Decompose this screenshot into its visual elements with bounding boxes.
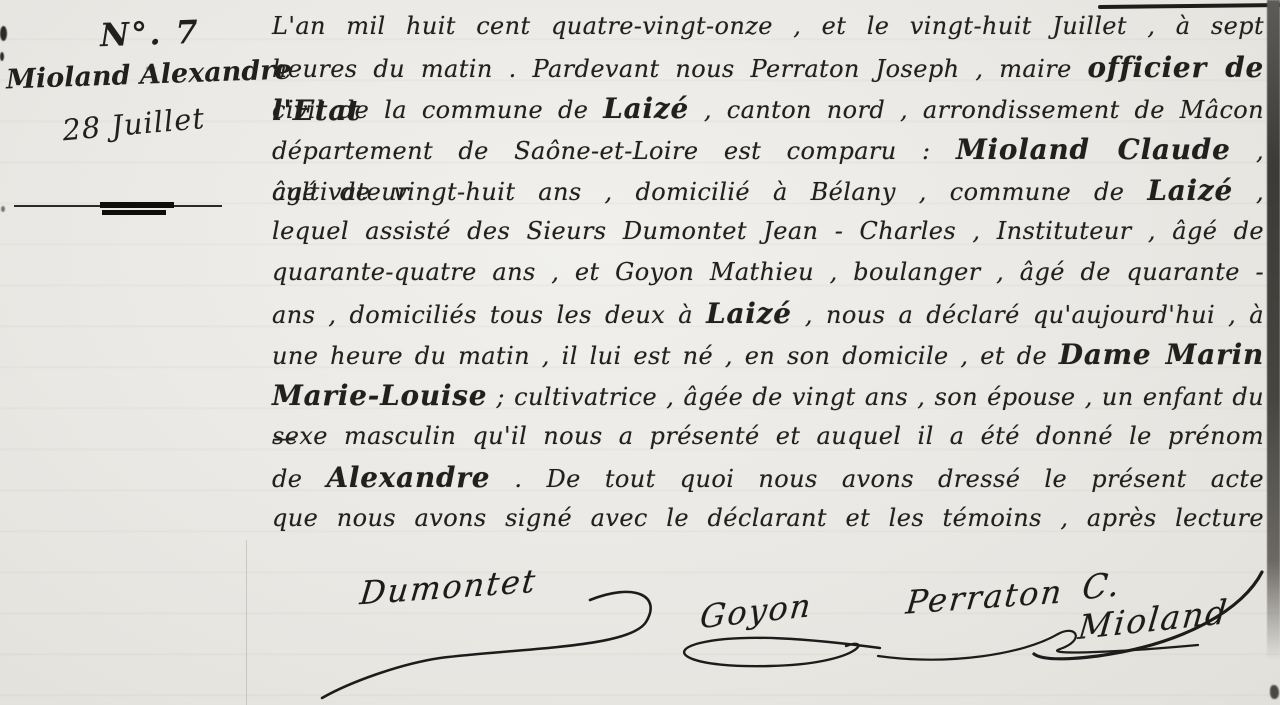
acte-line: une heure du matin , il lui est né , en … — [272, 334, 1264, 375]
acte-text: ans , domiciliés tous les deux à — [272, 301, 706, 329]
acte-line: département de Saône-et-Loire est compar… — [272, 129, 1264, 170]
margin-date: 28 Juillet — [61, 99, 233, 148]
signature-dumontet: Dumontet — [358, 562, 539, 613]
acte-text: L'an mil huit cent quatre-vingt-onze , e… — [272, 12, 1264, 40]
acte-emphasis-text: Mioland Claude — [956, 133, 1231, 166]
acte-emphasis-text: Marie-Louise — [272, 379, 487, 412]
acte-text: , canton nord , arrondissement de Mâcon — [689, 96, 1264, 124]
acte-line: heures du matin . Pardevant nous Perrato… — [272, 47, 1264, 88]
rule-thick-bar — [102, 210, 166, 215]
margin-child-name: Mioland Alexandre — [6, 56, 263, 96]
acte-text: , — [1233, 178, 1264, 206]
acte-emphasis-text: Alexandre — [326, 461, 490, 494]
acte-line: sexe masculin qu'il nous a présenté et a… — [272, 416, 1264, 457]
margin-act-number: N°. 7 — [99, 12, 230, 55]
signature-mioland: C. Mioland — [1076, 547, 1280, 647]
acte-line: quarante-quatre ans , et Goyon Mathieu ,… — [272, 252, 1264, 293]
acte-text: heures du matin . Pardevant nous Perrato… — [272, 55, 1088, 83]
acte-emphasis-text: Laizé — [706, 297, 792, 330]
acte-emphasis-text: Laizé — [1147, 174, 1233, 207]
acte-text: de — [272, 465, 326, 493]
acte-line: que nous avons signé avec le déclarant e… — [272, 498, 1264, 539]
acte-text: civil de la commune de — [272, 96, 603, 124]
paper-speck — [1, 206, 5, 212]
signature-goyon: Goyon — [698, 586, 814, 636]
signature-perraton: Perraton — [904, 572, 1065, 621]
acte-line: lequel assisté des Sieurs Dumontet Jean … — [272, 211, 1264, 252]
paper-speck — [0, 52, 4, 61]
acte-text: quarante-quatre ans , et Goyon Mathieu ,… — [272, 258, 1264, 286]
acte-text: âgé de vingt-huit ans , domicilié à Béla… — [272, 178, 1147, 206]
paper-crease — [246, 540, 247, 705]
acte-text: . De tout quoi nous avons dressé le prés… — [490, 465, 1264, 493]
acte-line: de Alexandre . De tout quoi nous avons d… — [272, 457, 1264, 498]
register-page: N°. 7 Mioland Alexandre 28 Juillet L'an … — [0, 0, 1280, 705]
acte-text: une heure du matin , il lui est né , en … — [272, 342, 1059, 370]
rule-thick-bar — [100, 202, 174, 208]
acte-text: , nous a déclaré qu'aujourd'hui , à — [792, 301, 1264, 329]
acte-text: lequel assisté des Sieurs Dumontet Jean … — [272, 217, 1264, 245]
acte-line: ans , domiciliés tous les deux à Laizé ,… — [272, 293, 1264, 334]
acte-text: sexe masculin qu'il nous a présenté et a… — [272, 422, 1264, 450]
acte-text: département de Saône-et-Loire est compar… — [272, 137, 956, 165]
margin-separator-rule — [14, 200, 222, 216]
acte-text: que nous avons signé avec le déclarant e… — [272, 504, 1264, 532]
acte-emphasis-text: Dame Marin — [1059, 338, 1264, 371]
acte-line: âgé de vingt-huit ans , domicilié à Béla… — [272, 170, 1264, 211]
acte-line: L'an mil huit cent quatre-vingt-onze , e… — [272, 6, 1264, 47]
acte-line: civil de la commune de Laizé , canton no… — [272, 88, 1264, 129]
acte-emphasis-text: Laizé — [603, 92, 689, 125]
ink-corner-mark — [1270, 685, 1279, 699]
paper-speck — [0, 26, 7, 41]
acte-body: L'an mil huit cent quatre-vingt-onze , e… — [272, 6, 1264, 539]
acte-line: Marie-Louise ; cultivatrice , âgée de vi… — [272, 375, 1264, 416]
flourish-goyon — [684, 638, 880, 666]
